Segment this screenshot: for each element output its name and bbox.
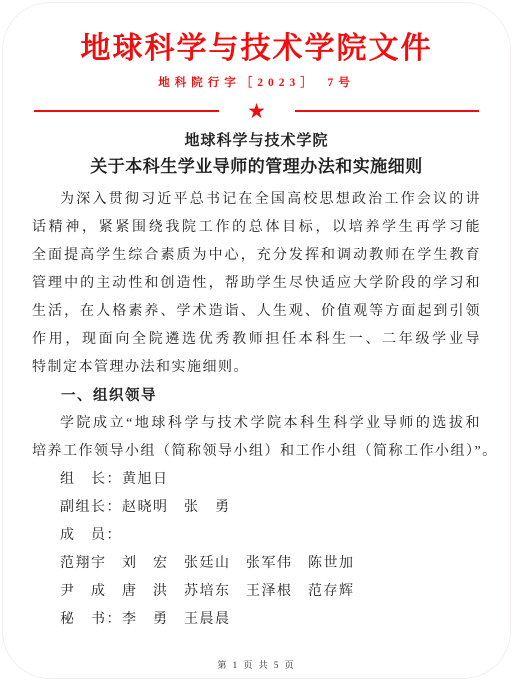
roster-row: 副组长：赵晓明 张 勇 (32, 494, 481, 522)
divider-line-left (34, 110, 219, 112)
roster-row: 秘 书：李 勇 王晨晨 (32, 606, 481, 634)
document-title-line1: 地球科学与技术学院 (0, 132, 513, 149)
roster-row: 范翔宇 刘 宏 张廷山 张军伟 陈世加 (32, 550, 481, 578)
paragraph-line: 生活，在人格素养、学术造诣、人生观、价值观等方面起到引领 (32, 298, 481, 326)
paragraph-line: 作用，现面向全院遴选优秀教师担任本科生一、二年级学业导师。 (32, 326, 481, 354)
page-number: 第 1 页 共 5 页 (217, 660, 295, 670)
red-divider: ★ (34, 101, 479, 121)
roster-row: 尹 成 唐 洪 苏培东 王泽根 范存辉 (32, 578, 481, 606)
star-icon: ★ (219, 101, 295, 121)
paragraph-line: 培养工作领导小组（简称领导小组）和工作小组（简称工作小组）”。 (32, 438, 481, 466)
document-title-line2: 关于本科生学业导师的管理办法和实施细则 (0, 157, 513, 176)
leadership-roster: 组 长：黄旭日副组长：赵晓明 张 勇成 员：范翔宇 刘 宏 张廷山 张军伟 陈世… (32, 466, 481, 634)
paragraph-line: 特制定本管理办法和实施细则。 (32, 354, 481, 382)
page-footer: 第 1 页 共 5 页 (0, 660, 513, 671)
roster-row: 成 员： (32, 522, 481, 550)
paragraph-line: 学院成立“地球科学与技术学院本科生科学业导师的选拔和 (32, 410, 481, 438)
paragraph-line: 全面提高学生综合素质为中心，充分发挥和调动教师在学生教育 (32, 242, 481, 270)
roster-row: 组 长：黄旭日 (32, 466, 481, 494)
org-title: 地球科学与技术学院文件 (0, 33, 513, 64)
paragraph-2: 学院成立“地球科学与技术学院本科生科学业导师的选拔和培养工作领导小组（简称领导小… (32, 410, 481, 466)
divider-line-right (295, 110, 480, 112)
document-header: 地球科学与技术学院文件 地科院行字［2023］ 7号 ★ (0, 33, 513, 121)
paragraph-line: 为深入贯彻习近平总书记在全国高校思想政治工作会议的讲 (32, 186, 481, 214)
paragraph-1: 为深入贯彻习近平总书记在全国高校思想政治工作会议的讲话精神，紧紧围绕我院工作的总… (32, 186, 481, 382)
document-body: 地球科学与技术学院 关于本科生学业导师的管理办法和实施细则 为深入贯彻习近平总书… (0, 132, 513, 634)
paragraph-line: 管理中的主动性和创造性，帮助学生尽快适应大学阶段的学习和 (32, 270, 481, 298)
section-heading-1: 一、组织领导 (32, 382, 481, 410)
paragraph-line: 话精神，紧紧围绕我院工作的总体目标，以培养学生再学习能力、 (32, 214, 481, 242)
doc-number: 地科院行字［2023］ 7号 (0, 77, 513, 90)
